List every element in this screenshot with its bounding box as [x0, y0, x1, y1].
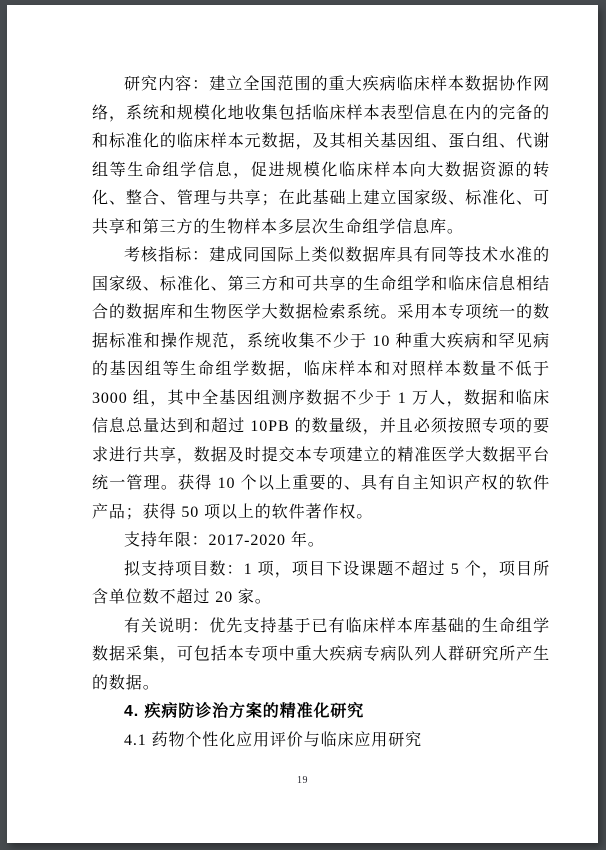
paragraph-notes: 有关说明：优先支持基于已有临床样本库基础的生命组学数据采集，可包括本专项中重大疾…: [92, 613, 550, 699]
pdf-viewer-background: 研究内容：建立全国范围的重大疾病临床样本数据协作网络，系统和规模化地收集包括临床…: [0, 0, 606, 850]
paragraph-support-period: 支持年限：2017-2020 年。: [92, 527, 550, 556]
subsection-heading: 4.1 药物个性化应用评价与临床应用研究: [92, 727, 550, 756]
page-content: 研究内容：建立全国范围的重大疾病临床样本数据协作网络，系统和规模化地收集包括临床…: [92, 71, 550, 755]
paragraph-research-content: 研究内容：建立全国范围的重大疾病临床样本数据协作网络，系统和规模化地收集包括临床…: [92, 71, 550, 242]
page-number: 19: [7, 775, 598, 786]
section-heading: 4. 疾病防诊治方案的精准化研究: [92, 698, 550, 727]
paragraph-project-count: 拟支持项目数：1 项，项目下设课题不超过 5 个，项目所含单位数不超过 20 家…: [92, 556, 550, 613]
document-page: 研究内容：建立全国范围的重大疾病临床样本数据协作网络，系统和规模化地收集包括临床…: [7, 5, 598, 843]
paragraph-assessment-indicators: 考核指标：建成同国际上类似数据库具有同等技术水准的国家级、标准化、第三方和可共享…: [92, 242, 550, 527]
